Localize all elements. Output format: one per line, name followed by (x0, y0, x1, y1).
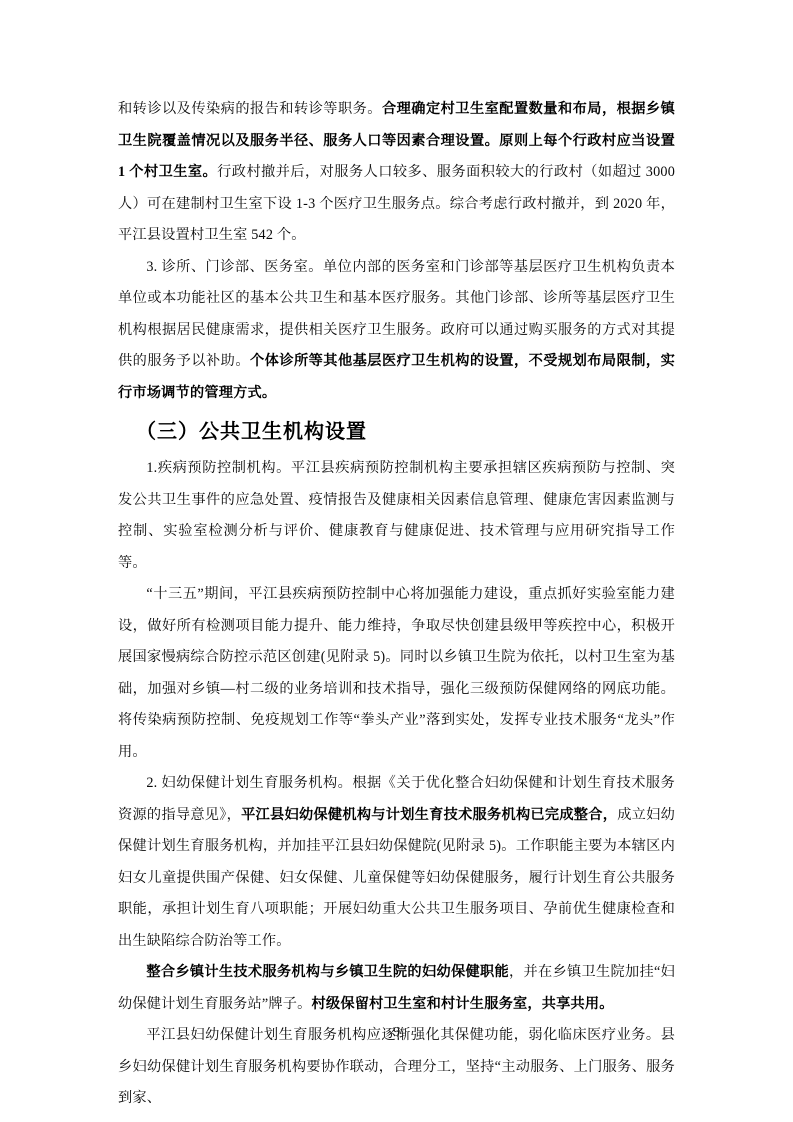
page-number: 9 (0, 1022, 793, 1042)
paragraph-village-clinic-setup: 和转诊以及传染病的报告和转诊等职务。合理确定村卫生室配置数量和布局，根据乡镇卫生… (118, 94, 675, 252)
text-run: 成立妇幼保健计划生育服务机构，并加挂平江县妇幼保健院(见附录 5)。工作职能主要… (118, 807, 675, 949)
text-run-bold: 平江县妇幼保健机构与计划生育技术服务机构已完成整合， (241, 807, 617, 823)
paragraph-maternal-child-health: 2. 妇幼保健计划生育服务机构。根据《关于优化整合妇幼保健和计划生育技术服务资源… (118, 768, 675, 957)
paragraph-cdc-13th-five-year-plan: “十三五”期间，平江县疾病预防控制中心将加强能力建设，重点抓好实验室能力建设，做… (118, 579, 675, 768)
paragraph-clinics-outpatient: 3. 诊所、门诊部、医务室。单位内部的医务室和门诊部等基层医疗卫生机构负责本单位… (118, 252, 675, 410)
page-body: 和转诊以及传染病的报告和转诊等职务。合理确定村卫生室配置数量和布局，根据乡镇卫生… (118, 94, 675, 1115)
section-heading-public-health-institutions: （三）公共卫生机构设置 (118, 414, 675, 450)
text-run: 和转诊以及传染病的报告和转诊等职务。 (118, 101, 382, 117)
text-run-bold: 整合乡镇计生技术服务机构与乡镇卫生院的妇幼保健职能 (146, 964, 509, 980)
text-run: 1.疾病预防控制机构。平江县疾病预防控制机构主要承担辖区疾病预防与控制、突发公共… (118, 460, 675, 571)
paragraph-township-integration: 整合乡镇计生技术服务机构与乡镇卫生院的妇幼保健职能，并在乡镇卫生院加挂“妇幼保健… (118, 957, 675, 1020)
text-run-bold: 村级保留村卫生室和村计生服务室，共享共用。 (312, 996, 614, 1012)
document-page: 和转诊以及传染病的报告和转诊等职务。合理确定村卫生室配置数量和布局，根据乡镇卫生… (0, 0, 793, 1122)
text-run: “十三五”期间，平江县疾病预防控制中心将加强能力建设，重点抓好实验室能力建设，做… (118, 586, 675, 760)
paragraph-cdc-functions: 1.疾病预防控制机构。平江县疾病预防控制机构主要承担辖区疾病预防与控制、突发公共… (118, 453, 675, 579)
